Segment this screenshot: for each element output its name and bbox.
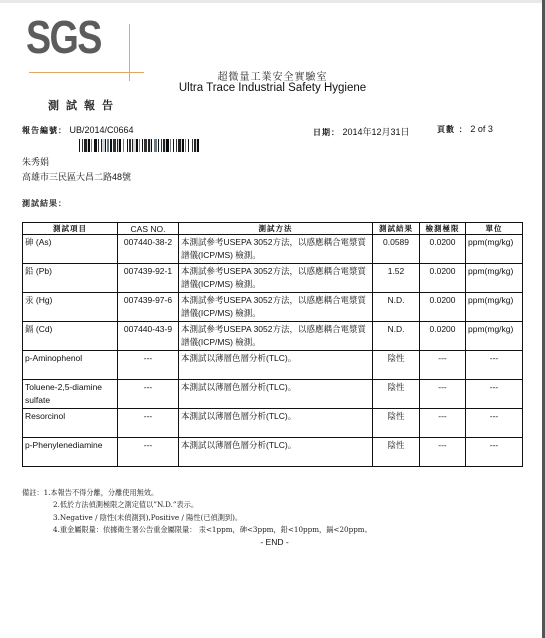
- cell-result: 陰性: [373, 351, 420, 380]
- report-title: 測試報告: [48, 97, 120, 113]
- cell-unit: ---: [466, 351, 523, 380]
- cell-result: 陰性: [373, 438, 420, 467]
- cell-method: 本測試參考USEPA 3052方法，以感應耦合電漿質譜儀(ICP/MS) 檢測。: [179, 293, 373, 322]
- results-table: 測試項目 CAS NO. 測試方法 測試結果 檢測極限 單位 砷 (As)007…: [22, 222, 523, 467]
- cell-cas: ---: [118, 438, 179, 467]
- table-row: 砷 (As)007440-38-2本測試參考USEPA 3052方法，以感應耦合…: [23, 235, 523, 264]
- cell-item: p-Phenylenediamine: [23, 438, 118, 467]
- table-row: 鎘 (Cd)007440-43-9本測試參考USEPA 3052方法，以感應耦合…: [23, 322, 523, 351]
- col-header-method: 測試方法: [179, 223, 373, 235]
- cell-result: 0.0589: [373, 235, 420, 264]
- cell-result: N.D.: [373, 293, 420, 322]
- cell-result: 1.52: [373, 264, 420, 293]
- date-value: 2014年12月31日: [343, 127, 410, 137]
- cell-method: 本測試以薄層色層分析(TLC)。: [179, 438, 373, 467]
- cell-unit: ---: [466, 438, 523, 467]
- cell-cas: ---: [118, 351, 179, 380]
- col-header-cas: CAS NO.: [118, 223, 179, 235]
- sgs-logo: SGS: [26, 14, 116, 66]
- lab-name-cn: 超微量工業安全實驗室: [0, 68, 545, 83]
- note-3: 3.Negative / 陰性(未偵測到),Positive / 陽性(已偵測到…: [22, 512, 372, 524]
- cell-cas: 007440-38-2: [118, 235, 179, 264]
- cell-item: 鉛 (Pb): [23, 264, 118, 293]
- cell-result: N.D.: [373, 322, 420, 351]
- page-number: 頁數 ： 2 of 3: [437, 124, 493, 135]
- report-date: 日期： 2014年12月31日: [313, 125, 410, 138]
- col-header-limit: 檢測極限: [420, 223, 466, 235]
- note-2: 2.低於方法偵測極限之測定值以”N.D.”表示。: [22, 499, 372, 511]
- note-4: 4.重金屬限量：依據衛生署公告重金屬限量： 汞<1ppm，砷<3ppm，鉛<10…: [22, 524, 372, 536]
- cell-limit: ---: [420, 438, 466, 467]
- col-header-item: 測試項目: [23, 223, 118, 235]
- cell-method: 本測試以薄層色層分析(TLC)。: [179, 409, 373, 438]
- table-row: p-Aminophenol---本測試以薄層色層分析(TLC)。陰性------: [23, 351, 523, 380]
- table-row: Resorcinol---本測試以薄層色層分析(TLC)。陰性------: [23, 409, 523, 438]
- end-marker: - END -: [0, 537, 545, 547]
- cell-method: 本測試參考USEPA 3052方法，以感應耦合電漿質譜儀(ICP/MS) 檢測。: [179, 264, 373, 293]
- cell-result: 陰性: [373, 409, 420, 438]
- date-label: 日期：: [313, 127, 340, 137]
- report-number-value: UB/2014/C0664: [70, 125, 134, 135]
- table-header-row: 測試項目 CAS NO. 測試方法 測試結果 檢測極限 單位: [23, 223, 523, 235]
- cell-item: 汞 (Hg): [23, 293, 118, 322]
- barcode: [79, 139, 272, 152]
- logo-text: SGS: [26, 14, 101, 60]
- cell-unit: ---: [466, 380, 523, 409]
- cell-item: Resorcinol: [23, 409, 118, 438]
- cell-unit: ppm(mg/kg): [466, 293, 523, 322]
- cell-unit: ppm(mg/kg): [466, 264, 523, 293]
- cell-unit: ppm(mg/kg): [466, 322, 523, 351]
- page-value: 2 of 3: [470, 124, 493, 134]
- cell-cas: 007440-43-9: [118, 322, 179, 351]
- page-label: 頁數 ：: [437, 124, 468, 134]
- cell-method: 本測試以薄層色層分析(TLC)。: [179, 380, 373, 409]
- cell-limit: ---: [420, 351, 466, 380]
- cell-limit: ---: [420, 409, 466, 438]
- results-section-label: 測試結果：: [22, 198, 67, 209]
- cell-item: Toluene-2,5-diamine sulfate: [23, 380, 118, 409]
- notes-label: 備註：: [22, 488, 44, 497]
- note-1: 備註：1.本報告不得分離，分離使用無效。: [22, 487, 372, 499]
- client-name: 朱秀娟: [22, 155, 49, 168]
- cell-item: 砷 (As): [23, 235, 118, 264]
- cell-item: 鎘 (Cd): [23, 322, 118, 351]
- cell-cas: ---: [118, 380, 179, 409]
- table-row: Toluene-2,5-diamine sulfate---本測試以薄層色層分析…: [23, 380, 523, 409]
- report-number: 報告編號： UB/2014/C0664: [22, 125, 134, 136]
- cell-unit: ---: [466, 409, 523, 438]
- col-header-result: 測試結果: [373, 223, 420, 235]
- notes: 備註：1.本報告不得分離，分離使用無效。 2.低於方法偵測極限之測定值以”N.D…: [22, 487, 372, 537]
- cell-item: p-Aminophenol: [23, 351, 118, 380]
- cell-method: 本測試參考USEPA 3052方法，以感應耦合電漿質譜儀(ICP/MS) 檢測。: [179, 235, 373, 264]
- cell-limit: 0.0200: [420, 264, 466, 293]
- cell-method: 本測試以薄層色層分析(TLC)。: [179, 351, 373, 380]
- cell-cas: 007439-92-1: [118, 264, 179, 293]
- table-row: p-Phenylenediamine---本測試以薄層色層分析(TLC)。陰性-…: [23, 438, 523, 467]
- cell-result: 陰性: [373, 380, 420, 409]
- cell-limit: 0.0200: [420, 322, 466, 351]
- table-row: 鉛 (Pb)007439-92-1本測試參考USEPA 3052方法，以感應耦合…: [23, 264, 523, 293]
- cell-method: 本測試參考USEPA 3052方法，以感應耦合電漿質譜儀(ICP/MS) 檢測。: [179, 322, 373, 351]
- cell-limit: 0.0200: [420, 293, 466, 322]
- top-border: [0, 0, 545, 3]
- cell-unit: ppm(mg/kg): [466, 235, 523, 264]
- col-header-unit: 單位: [466, 223, 523, 235]
- lab-name-en: Ultra Trace Industrial Safety Hygiene: [0, 82, 545, 94]
- cell-limit: ---: [420, 380, 466, 409]
- table-row: 汞 (Hg)007439-97-6本測試參考USEPA 3052方法，以感應耦合…: [23, 293, 523, 322]
- cell-cas: 007439-97-6: [118, 293, 179, 322]
- client-address: 高雄市三民區大昌二路48號: [22, 170, 131, 183]
- cell-cas: ---: [118, 409, 179, 438]
- cell-limit: 0.0200: [420, 235, 466, 264]
- report-number-label: 報告編號：: [22, 125, 67, 135]
